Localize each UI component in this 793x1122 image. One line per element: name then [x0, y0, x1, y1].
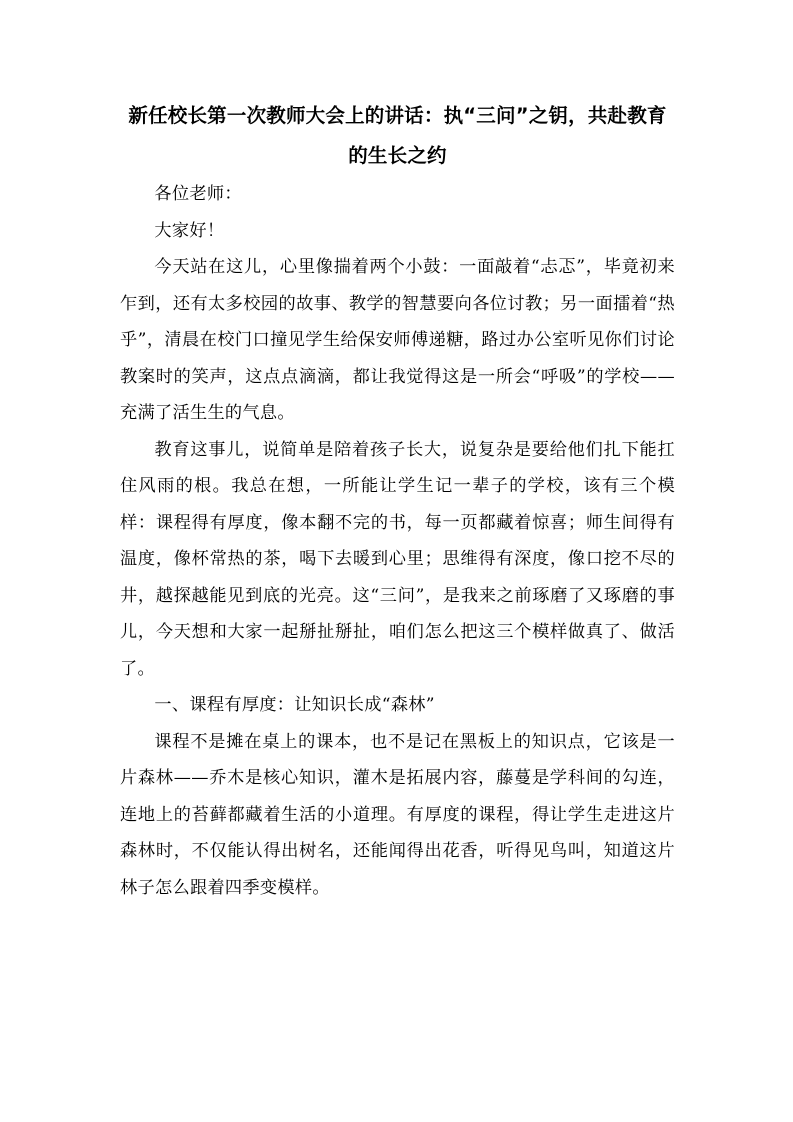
greeting: 大家好！	[120, 213, 675, 250]
document-title: 新任校长第一次教师大会上的讲话：执“三问”之钥，共赴教育的生长之约	[120, 96, 675, 176]
paragraph-curriculum: 课程不是摊在桌上的课本，也不是记在黑板上的知识点，它该是一片森林——乔木是核心知…	[120, 724, 675, 907]
document-page: 新任校长第一次教师大会上的讲话：执“三问”之钥，共赴教育的生长之约 各位老师： …	[120, 96, 675, 906]
salutation: 各位老师：	[120, 176, 675, 213]
paragraph-intro: 今天站在这儿，心里像揣着两个小鼓：一面敲着“忐忑”，毕竟初来乍到，还有太多校园的…	[120, 249, 675, 432]
paragraph-three-questions: 教育这事儿，说简单是陪着孩子长大，说复杂是要给他们扎下能扛住风雨的根。我总在想，…	[120, 432, 675, 688]
section-heading-1: 一、课程有厚度：让知识长成“森林”	[120, 687, 675, 724]
